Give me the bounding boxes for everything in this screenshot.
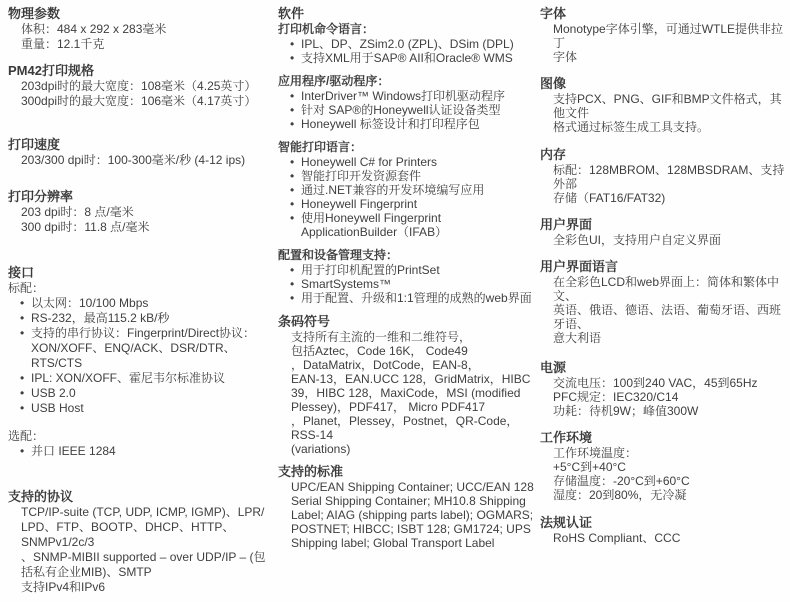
list-item: 用于配置、升级和1:1管理的成熟的web界面 [290, 291, 536, 305]
section-protocols: 支持的协议 TCP/IP-suite (TCP, UDP, ICMP, IGMP… [8, 489, 270, 595]
section-graphics: 图像 支持PCX、PNG、GIF和BMP文件格式，其他文件 格式通过标签生成工具… [540, 76, 786, 134]
printer-spec-sheet: 物理参数 体积：484 x 292 x 283毫米 重量：12.1千克 PM42… [0, 0, 790, 602]
apps-drivers-list: InterDriver™ Windows打印机驱动程序针对 SAP®的Honey… [278, 89, 536, 131]
section-title: 物理参数 [8, 6, 270, 22]
section-body: RoHS Compliant、CCC [553, 531, 786, 545]
list-item: SmartSystems™ [290, 277, 536, 291]
section-interface: 接口 标配： 以太网：10/100 MbpsRS-232，最高115.2 kB/… [8, 265, 270, 459]
section-power: 电源 交流电压：100到240 VAC，45到65Hz PFC规定：IEC320… [540, 360, 786, 418]
smart-printing-list: Honeywell C# for Printers智能打印开发资源套件通过.NE… [278, 155, 536, 239]
list-item: 智能打印开发资源套件 [290, 169, 536, 183]
list-item: 支持的串行协议：Fingerprint/Direct协议： XON/XOFF、E… [20, 326, 270, 371]
section-operating-environment: 工作环境 工作环境温度： +5°C到+40°C 存储温度：-20°C到+60°C… [540, 430, 786, 502]
section-body: Monotype字体引擎，可通过WTLE提供非拉丁 字体 [553, 22, 786, 64]
section-title: 法规认证 [540, 515, 786, 531]
list-item: InterDriver™ Windows打印机驱动程序 [290, 89, 536, 103]
column-right: 字体 Monotype字体引擎，可通过WTLE提供非拉丁 字体 图像 支持PCX… [540, 6, 786, 545]
section-title: 打印分辨率 [8, 189, 270, 205]
group-label: 应用程序/驱动程序： [278, 74, 536, 89]
list-item: IPL、DP、ZSim2.0 (ZPL)、DSim (DPL) [290, 37, 536, 51]
list-item: 通过.NET兼容的开发环境编写应用 [290, 183, 536, 197]
section-barcode-symbologies: 条码符号 支持所有主流的一维和二维符号， 包括Aztec，Code 16K， C… [278, 314, 536, 456]
section-user-interface: 用户界面 全彩色UI，支持用户自定义界面 [540, 217, 786, 247]
section-body: UPC/EAN Shipping Container; UCC/EAN 128 … [291, 480, 536, 550]
section-title: 打印速度 [8, 137, 270, 153]
section-title: 字体 [540, 6, 786, 22]
software-group-command-languages: 打印机命令语言： IPL、DP、ZSim2.0 (ZPL)、DSim (DPL)… [278, 22, 536, 65]
list-item: Honeywell 标签设计和打印程序包 [290, 117, 536, 131]
section-title: 内存 [540, 147, 786, 163]
column-middle: 软件 打印机命令语言： IPL、DP、ZSim2.0 (ZPL)、DSim (D… [278, 6, 536, 550]
section-software: 软件 打印机命令语言： IPL、DP、ZSim2.0 (ZPL)、DSim (D… [278, 6, 536, 305]
list-item: 使用Honeywell Fingerprint ApplicationBuild… [290, 211, 536, 239]
software-group-device-management: 配置和设备管理支持： 用于打印机配置的PrintSetSmartSystems™… [278, 248, 536, 305]
group-label: 配置和设备管理支持： [278, 248, 536, 263]
section-title: 软件 [278, 6, 536, 22]
command-language-list: IPL、DP、ZSim2.0 (ZPL)、DSim (DPL)支持XML用于SA… [278, 37, 536, 65]
device-management-list: 用于打印机配置的PrintSetSmartSystems™用于配置、升级和1:1… [278, 263, 536, 305]
section-print-spec: PM42打印规格 203dpi时的最大宽度：108毫米（4.25英寸） 300d… [8, 63, 270, 109]
interface-standard-label: 标配： [8, 281, 270, 296]
list-item: 支持XML用于SAP® AII和Oracle® WMS [290, 51, 536, 65]
list-item: Honeywell C# for Printers [290, 155, 536, 169]
section-supported-standards: 支持的标准 UPC/EAN Shipping Container; UCC/EA… [278, 464, 536, 550]
interface-optional-list: 并口 IEEE 1284 [8, 444, 270, 459]
section-body: 交流电压：100到240 VAC，45到65Hz PFC规定：IEC320/C1… [553, 376, 786, 418]
section-body: 标配：128MBROM、128MBSDRAM、支持外部 存储（FAT16/FAT… [553, 163, 786, 205]
section-title: 用户界面语言 [540, 259, 786, 275]
software-group-smart-printing: 智能打印语言： Honeywell C# for Printers智能打印开发资… [278, 140, 536, 239]
column-left: 物理参数 体积：484 x 292 x 283毫米 重量：12.1千克 PM42… [8, 6, 270, 595]
section-title: 工作环境 [540, 430, 786, 446]
section-title: 支持的标准 [278, 464, 536, 480]
list-item: Honeywell Fingerprint [290, 197, 536, 211]
interface-optional-group: 选配： 并口 IEEE 1284 [8, 429, 270, 459]
section-title: 支持的协议 [8, 489, 270, 505]
section-physical-params: 物理参数 体积：484 x 292 x 283毫米 重量：12.1千克 [8, 6, 270, 52]
list-item: IPL: XON/XOFF、霍尼韦尔标准协议 [20, 371, 270, 386]
section-body: 体积：484 x 292 x 283毫米 重量：12.1千克 [21, 22, 270, 52]
section-body: 全彩色UI，支持用户自定义界面 [553, 233, 786, 247]
list-item: 以太网：10/100 Mbps [20, 296, 270, 311]
list-item: USB 2.0 [20, 386, 270, 401]
section-memory: 内存 标配：128MBROM、128MBSDRAM、支持外部 存储（FAT16/… [540, 147, 786, 205]
section-ui-languages: 用户界面语言 在全彩色LCD和web界面上：简体和繁体中文、 英语、俄语、德语、… [540, 259, 786, 345]
list-item: 并口 IEEE 1284 [20, 444, 270, 459]
section-body: 支持PCX、PNG、GIF和BMP文件格式，其他文件 格式通过标签生成工具支持。 [553, 92, 786, 134]
section-regulatory-certification: 法规认证 RoHS Compliant、CCC [540, 515, 786, 545]
section-body: TCP/IP-suite (TCP, UDP, ICMP, IGMP)、LPR/… [21, 505, 270, 595]
list-item: RS-232，最高115.2 kB/秒 [20, 311, 270, 326]
section-body: 在全彩色LCD和web界面上：简体和繁体中文、 英语、俄语、德语、法语、葡萄牙语… [553, 275, 786, 345]
group-label: 智能打印语言： [278, 140, 536, 155]
group-label: 打印机命令语言： [278, 22, 536, 37]
section-body: 203dpi时的最大宽度：108毫米（4.25英寸） 300dpi时的最大宽度：… [21, 79, 270, 109]
section-title: 接口 [8, 265, 270, 281]
section-title: 用户界面 [540, 217, 786, 233]
section-print-speed: 打印速度 203/300 dpi时：100-300毫米/秒 (4-12 ips) [8, 137, 270, 168]
section-body: 工作环境温度： +5°C到+40°C 存储温度：-20°C到+60°C 湿度：2… [553, 446, 786, 502]
list-item: USB Host [20, 401, 270, 416]
section-print-resolution: 打印分辨率 203 dpi时：8 点/毫米 300 dpi时：11.8 点/毫米 [8, 189, 270, 235]
section-title: 条码符号 [278, 314, 536, 330]
section-title: 电源 [540, 360, 786, 376]
section-title: PM42打印规格 [8, 63, 270, 79]
section-body: 203/300 dpi时：100-300毫米/秒 (4-12 ips) [21, 153, 270, 168]
section-body: 支持所有主流的一维和二维符号， 包括Aztec，Code 16K， Code49… [291, 330, 536, 456]
section-body: 203 dpi时：8 点/毫米 300 dpi时：11.8 点/毫米 [21, 205, 270, 235]
interface-standard-list: 以太网：10/100 MbpsRS-232，最高115.2 kB/秒支持的串行协… [8, 296, 270, 416]
interface-optional-label: 选配： [8, 429, 270, 444]
list-item: 用于打印机配置的PrintSet [290, 263, 536, 277]
software-group-apps-drivers: 应用程序/驱动程序： InterDriver™ Windows打印机驱动程序针对… [278, 74, 536, 131]
list-item: 针对 SAP®的Honeywell认证设备类型 [290, 103, 536, 117]
section-fonts: 字体 Monotype字体引擎，可通过WTLE提供非拉丁 字体 [540, 6, 786, 64]
section-title: 图像 [540, 76, 786, 92]
